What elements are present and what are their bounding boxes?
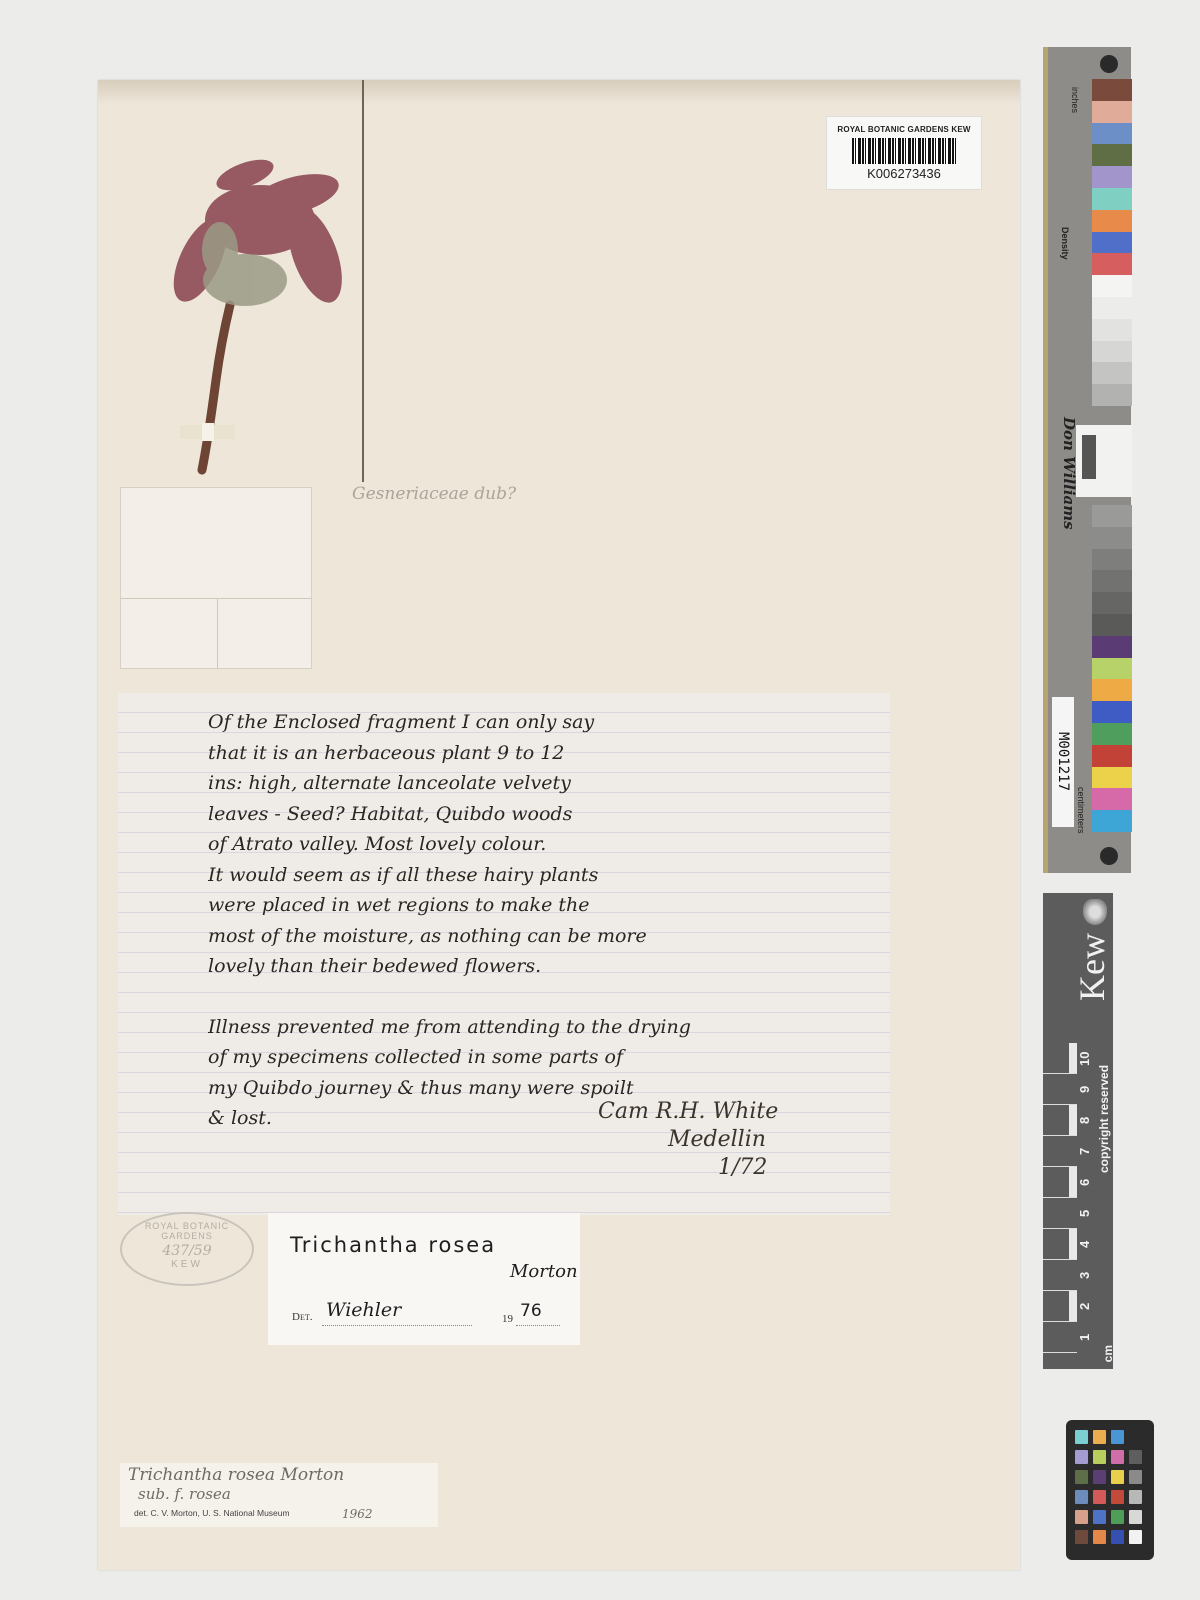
barcode-number: K006273436 [827,166,981,181]
kew-crest-icon [1083,899,1107,925]
hole-icon [1100,847,1118,865]
scale-number: 5 [1077,1198,1092,1229]
packet-flap [121,598,218,669]
colour-patch [1092,614,1132,636]
hole-icon [1100,55,1118,73]
colour-patch [1111,1430,1124,1444]
letter-line: were placed in wet regions to make the [208,890,878,921]
colour-patch [1129,1530,1142,1544]
scale-number: 10 [1077,1043,1092,1074]
letter-line: Of the Enclosed fragment I can only say [208,707,878,738]
scale-number: 4 [1077,1229,1092,1260]
colour-patch [1093,1450,1106,1464]
colour-patch [1129,1490,1142,1504]
colour-patch [1075,1470,1088,1484]
signature-name: Cam R.H. White [598,1098,778,1126]
sheet-edge [98,80,1020,104]
colour-patch [1111,1470,1124,1484]
colour-patch [1092,210,1132,232]
fragment-packet[interactable] [120,487,312,669]
det-label: Det. [292,1311,312,1323]
units-centimeters: centimeters [1076,787,1086,834]
colour-checker-card [1066,1420,1154,1560]
colour-patch [1092,341,1132,363]
colour-checker-swatches [1075,1430,1142,1544]
letter-line: most of the moisture, as nothing can be … [208,921,878,952]
density-label: Density [1060,227,1070,260]
letter-line: that it is an herbaceous plant 9 to 12 [208,738,878,769]
colour-patch [1129,1470,1142,1484]
colour-patch [1092,701,1132,723]
letter-line: leaves - Seed? Habitat, Quibdo woods [208,799,878,830]
packet-flap [217,598,311,669]
det-dotted-line [322,1325,472,1326]
letter-line: Illness prevented me from attending to t… [208,1012,878,1043]
colour-patch [1129,1510,1142,1524]
letter-line: of my specimens collected in some parts … [208,1042,878,1073]
scale-number: 6 [1077,1167,1092,1198]
colour-patch [1075,1510,1088,1524]
kew-scale-bar: Kew copyright reserved 10 9 8 7 6 5 4 3 … [1043,893,1113,1369]
scale-number: 1 [1077,1322,1092,1353]
stamp-reg-number: 437/59 [122,1243,252,1259]
colour-patch [1093,1470,1106,1484]
colour-patch [1092,679,1132,701]
colour-patch [1092,232,1132,254]
colour-patch [1093,1530,1106,1544]
colour-patch [1092,275,1132,297]
letter-signature: Cam R.H. White Medellin 1/72 [598,1098,778,1182]
grey-scale-card [1076,425,1132,497]
letter-line: It would seem as if all these hairy plan… [208,860,878,891]
colour-patch [1111,1490,1124,1504]
colour-patch [1092,505,1132,527]
colour-patch [1092,319,1132,341]
determiner-name: Wiehler [326,1299,401,1321]
target-code: M001217 [1052,697,1074,827]
scale-numbers: 10 9 8 7 6 5 4 3 2 1 [1077,1043,1099,1353]
letter-line: lovely than their bedewed flowers. [208,951,878,982]
colour-patches-top [1092,79,1132,406]
letter-line: ins: high, alternate lanceolate velvety [208,768,878,799]
letter-line: of Atrato valley. Most lovely colour. [208,829,878,860]
morton-infraspecific: sub. f. rosea [138,1485,231,1503]
colour-patch [1092,570,1132,592]
colour-patches-bottom [1092,505,1132,832]
determination-slip: Trichantha rosea Morton Det. Wiehler 19 … [268,1213,580,1345]
year-prefix: 19 [502,1313,513,1325]
colour-patch [1092,384,1132,406]
colour-patch [1092,788,1132,810]
morton-printed-line: det. C. V. Morton, U. S. National Museum [134,1508,290,1518]
barcode-label: ROYAL BOTANIC GARDENS KEW K006273436 [826,116,982,190]
colour-patch [1111,1450,1124,1464]
colour-patch [1093,1430,1106,1444]
colour-patch [1092,592,1132,614]
pencil-margin-line [362,80,364,482]
scale-ticks [1043,1043,1077,1363]
colour-patch [1092,636,1132,658]
kew-logo: Kew [1071,933,1113,1001]
colour-patch [1092,767,1132,789]
colour-patch [1092,723,1132,745]
colour-patch [1092,253,1132,275]
colour-patch [1093,1510,1106,1524]
morton-taxon: Trichantha rosea Morton [128,1465,344,1485]
handwritten-letter: Of the Enclosed fragment I can only say … [118,693,890,1215]
colour-patch [1092,166,1132,188]
colour-patch [1092,810,1132,832]
colour-patch [1092,101,1132,123]
colour-patch [1093,1490,1106,1504]
morton-determination-slip: Trichantha rosea Morton sub. f. rosea de… [120,1463,438,1527]
year-dotted-line [516,1325,560,1326]
scale-number: 8 [1077,1105,1092,1136]
colour-patch [1075,1530,1088,1544]
barcode-icon [852,138,956,164]
institution-name: ROYAL BOTANIC GARDENS KEW [827,125,981,134]
copyright-text: copyright reserved [1097,1043,1111,1173]
colour-patch [1092,549,1132,571]
colour-patch [1075,1490,1088,1504]
colour-patch [1111,1530,1124,1544]
colour-patch [1075,1430,1088,1444]
colour-patch [1092,527,1132,549]
scale-number: 3 [1077,1260,1092,1291]
colour-patch [1129,1450,1142,1464]
colour-patch [1129,1430,1142,1444]
stamp-top-text: ROYAL BOTANIC GARDENS [122,1221,252,1241]
signature-place: Medellin [598,1126,778,1154]
scale-number: 2 [1077,1291,1092,1322]
colour-patch [1092,188,1132,210]
taxon-name: Trichantha rosea [290,1233,496,1257]
signature-date: 1/72 [598,1154,778,1182]
colour-patch [1092,144,1132,166]
taxon-author: Morton [510,1261,578,1282]
colour-patch [1092,658,1132,680]
colour-patch [1092,123,1132,145]
unit-label: cm [1101,1345,1115,1362]
colour-patch [1092,362,1132,384]
morton-year: 1962 [342,1507,373,1521]
colour-patch [1092,745,1132,767]
colour-patch [1092,297,1132,319]
stamp-bottom-text: KEW [122,1259,252,1270]
colour-patch [1075,1450,1088,1464]
plant-specimen-icon [150,140,360,480]
pencil-family-annotation: Gesneriaceae dub? [352,484,516,504]
colour-target-strip: inches Density Don Williams M001217 cent… [1043,47,1131,873]
det-year: 76 [520,1301,542,1321]
scale-number: 9 [1077,1074,1092,1105]
colour-patch [1111,1510,1124,1524]
units-inches: inches [1070,87,1080,113]
colour-patch [1092,79,1132,101]
kew-accession-stamp: ROYAL BOTANIC GARDENS 437/59 KEW [120,1212,254,1286]
scale-number: 7 [1077,1136,1092,1167]
